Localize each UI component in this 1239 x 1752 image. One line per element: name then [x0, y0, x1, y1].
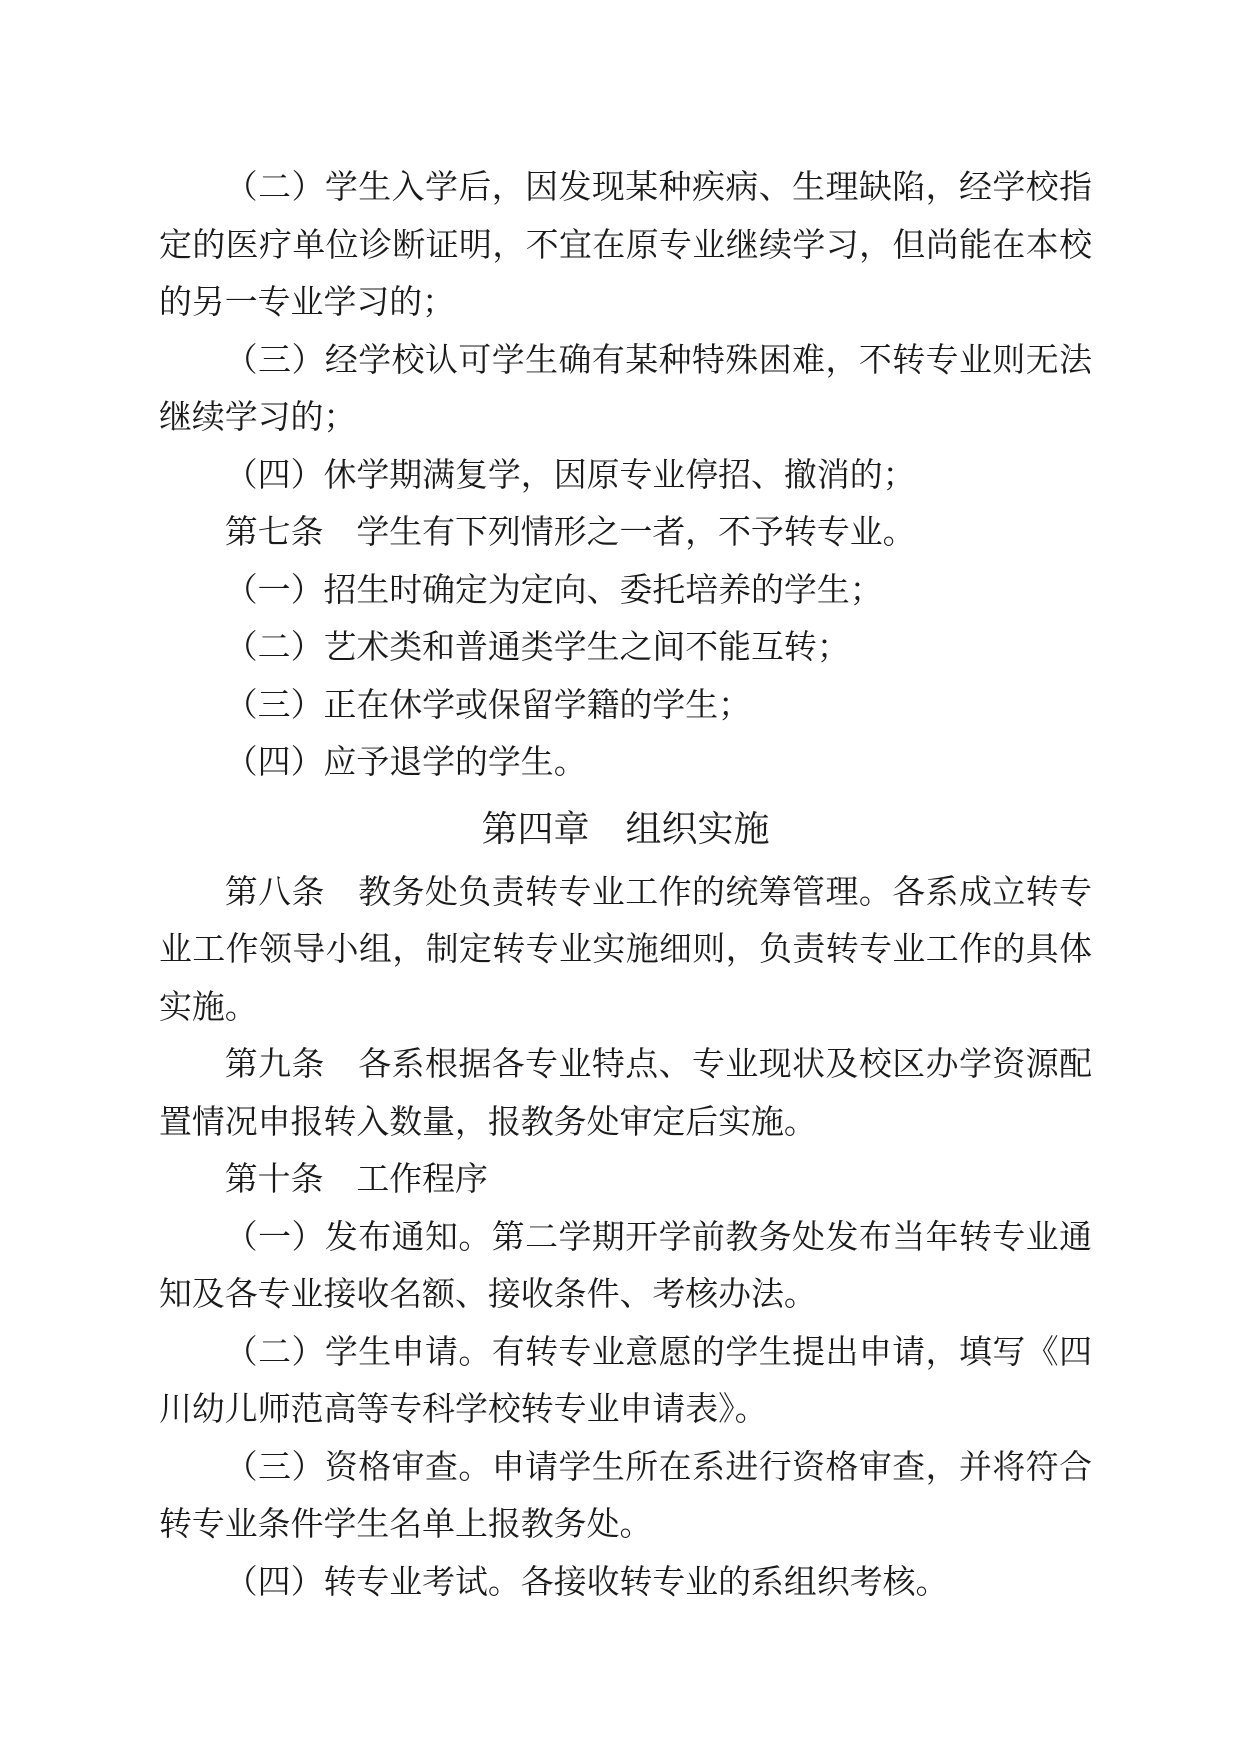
text-line: 转专业条件学生名单上报教务处。 — [159, 1497, 1092, 1555]
text-line: 的另一专业学习的； — [159, 275, 1092, 333]
text-line: 继续学习的； — [159, 390, 1092, 448]
text-line: （三）资格审查。申请学生所在系进行资格审查，并将符合 — [159, 1440, 1092, 1498]
text-line: （二）学生入学后，因发现某种疾病、生理缺陷，经学校指 — [159, 160, 1092, 218]
text-line: （三）经学校认可学生确有某种特殊困难，不转专业则无法 — [159, 333, 1092, 391]
text-line: （一）招生时确定为定向、委托培养的学生； — [159, 563, 1092, 621]
chapter-heading: 第四章 组织实施 — [159, 793, 1092, 865]
document-body: （二）学生入学后，因发现某种疾病、生理缺陷，经学校指 定的医疗单位诊断证明，不宜… — [159, 160, 1092, 1612]
text-line: （四）转专业考试。各接收转专业的系组织考核。 — [159, 1555, 1092, 1613]
text-line: （三）正在休学或保留学籍的学生； — [159, 678, 1092, 736]
document-page: （二）学生入学后，因发现某种疾病、生理缺陷，经学校指 定的医疗单位诊断证明，不宜… — [0, 0, 1239, 1752]
article-7-line: 第七条 学生有下列情形之一者，不予转专业。 — [159, 505, 1092, 563]
text-line: （二）艺术类和普通类学生之间不能互转； — [159, 620, 1092, 678]
text-line: 实施。 — [159, 980, 1092, 1038]
text-line: 川幼儿师范高等专科学校转专业申请表》。 — [159, 1382, 1092, 1440]
text-line: （二）学生申请。有转专业意愿的学生提出申请，填写《四 — [159, 1325, 1092, 1383]
text-line: （四）应予退学的学生。 — [159, 735, 1092, 793]
text-line: 业工作领导小组，制定转专业实施细则，负责转专业工作的具体 — [159, 922, 1092, 980]
text-line: 知及各专业接收名额、接收条件、考核办法。 — [159, 1267, 1092, 1325]
text-line: （一）发布通知。第二学期开学前教务处发布当年转专业通 — [159, 1210, 1092, 1268]
article-9-line: 第九条 各系根据各专业特点、专业现状及校区办学资源配 — [159, 1037, 1092, 1095]
text-line: 定的医疗单位诊断证明，不宜在原专业继续学习，但尚能在本校 — [159, 218, 1092, 276]
article-8-line: 第八条 教务处负责转专业工作的统筹管理。各系成立转专 — [159, 865, 1092, 923]
text-line: （四）休学期满复学，因原专业停招、撤消的； — [159, 448, 1092, 506]
article-10-line: 第十条 工作程序 — [159, 1152, 1092, 1210]
text-line: 置情况申报转入数量，报教务处审定后实施。 — [159, 1095, 1092, 1153]
